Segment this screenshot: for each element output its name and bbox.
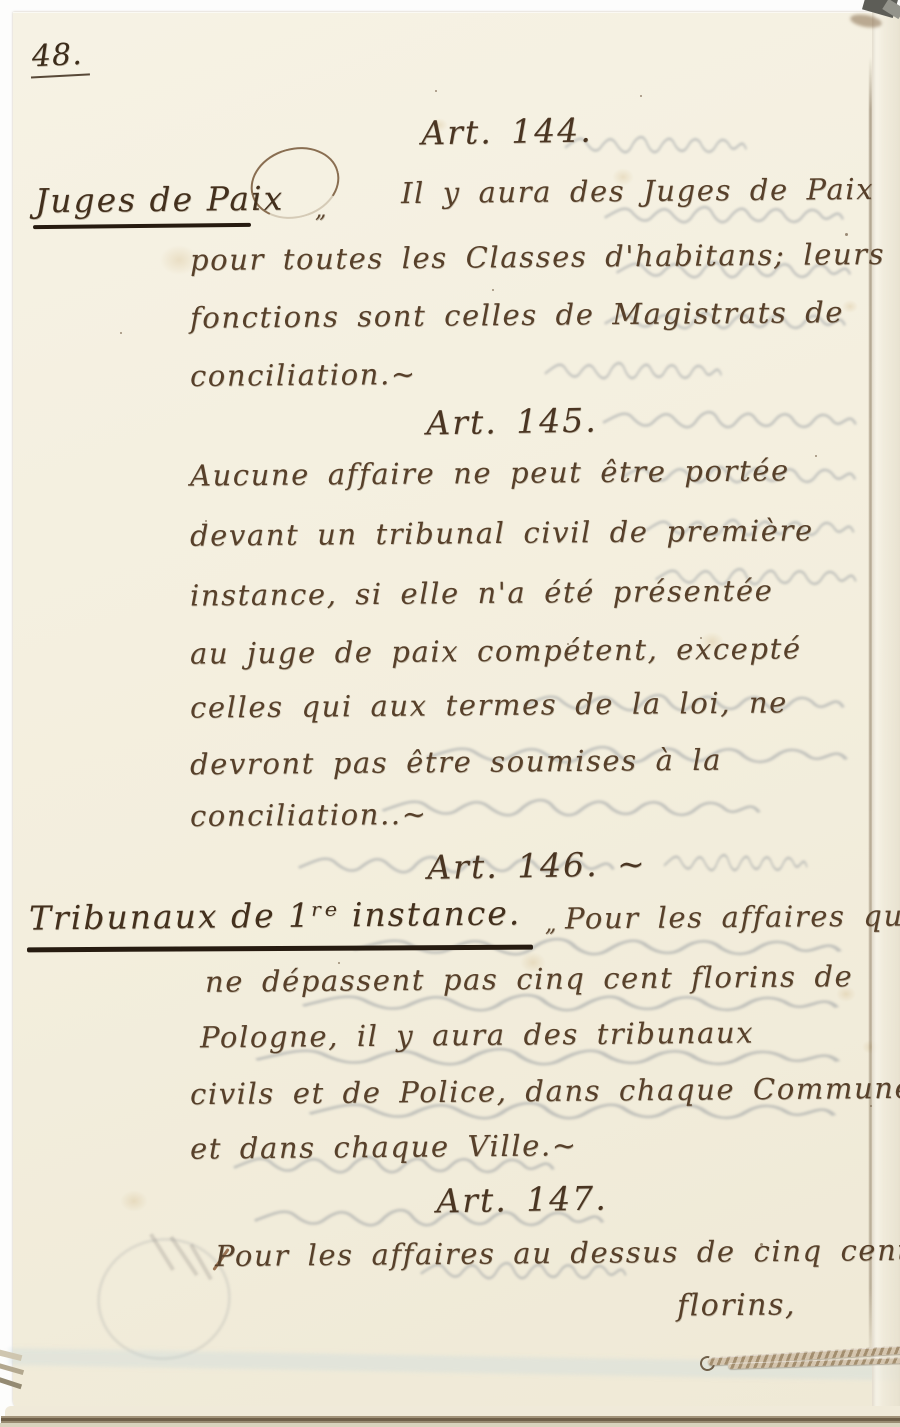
article-146-title: Art. 146. ~ [427, 844, 647, 887]
article-147-title: Art. 147. [436, 1179, 608, 1221]
text-line: Aucune affaire ne peut être portée [190, 453, 790, 492]
text-line: fonctions sont celles de Magistrats de [190, 295, 844, 335]
table-background [0, 1423, 900, 1427]
text-line: Pologne, il y aura des tribunaux [200, 1016, 754, 1055]
text-line: Il y aura des Juges de Paix [401, 172, 874, 210]
manuscript-page: 48. Art. 144. Juges de Paix „ Il y aura … [13, 12, 900, 1410]
catchword: florins, [677, 1287, 796, 1323]
article-144-title: Art. 144. [421, 111, 593, 153]
paper-stain [120, 1190, 148, 1212]
ink-speck [492, 289, 494, 291]
text-line: celles qui aux termes de la loi, ne [190, 685, 788, 724]
text-line: devront pas être soumises à la [190, 743, 722, 782]
ink-speck [435, 90, 437, 92]
text-line: civils et de Police, dans chaque Commune [190, 1071, 900, 1111]
text-line: et dans chaque Ville.~ [190, 1128, 578, 1165]
ink-speck [815, 455, 817, 457]
text-line: au juge de paix compétent, excepté [190, 631, 802, 670]
text-line: ne dépassent pas cinq cent florins de [205, 959, 854, 999]
paper-stain [842, 300, 858, 313]
manuscript-scan: 48. Art. 144. Juges de Paix „ Il y aura … [0, 0, 900, 1427]
text-line: conciliation.~ [190, 357, 417, 393]
bleed-through-line [660, 848, 810, 878]
bleed-through-line [372, 793, 767, 823]
text-line: Pour les affaires qui [565, 898, 900, 935]
text-line: Pour les affaires au dessus de cinq cent [215, 1233, 900, 1273]
ink-speck [845, 233, 848, 236]
bleed-through-line [540, 356, 725, 386]
ink-speck [640, 95, 642, 97]
ink-speck [120, 332, 122, 334]
heading-mark: „ [315, 198, 326, 223]
heading-mark: „ [545, 912, 556, 937]
text-line: instance, si elle n'a été présentée [190, 573, 774, 612]
text-line: conciliation..~ [190, 797, 428, 833]
page-fore-edge [872, 12, 900, 1410]
margin-heading-tribunaux: Tribunaux de 1ʳᵉ instance. [29, 893, 522, 937]
text-line: pour toutes les Classes d'habitans; leur… [190, 237, 885, 277]
heading-underline [33, 223, 251, 229]
page-number: 48. [29, 36, 90, 78]
article-145-title: Art. 145. [426, 401, 598, 443]
margin-heading-juges-de-paix: Juges de Paix [35, 179, 285, 221]
text-line: devant un tribunal civil de première [190, 513, 814, 552]
bleed-through-line [596, 405, 861, 435]
